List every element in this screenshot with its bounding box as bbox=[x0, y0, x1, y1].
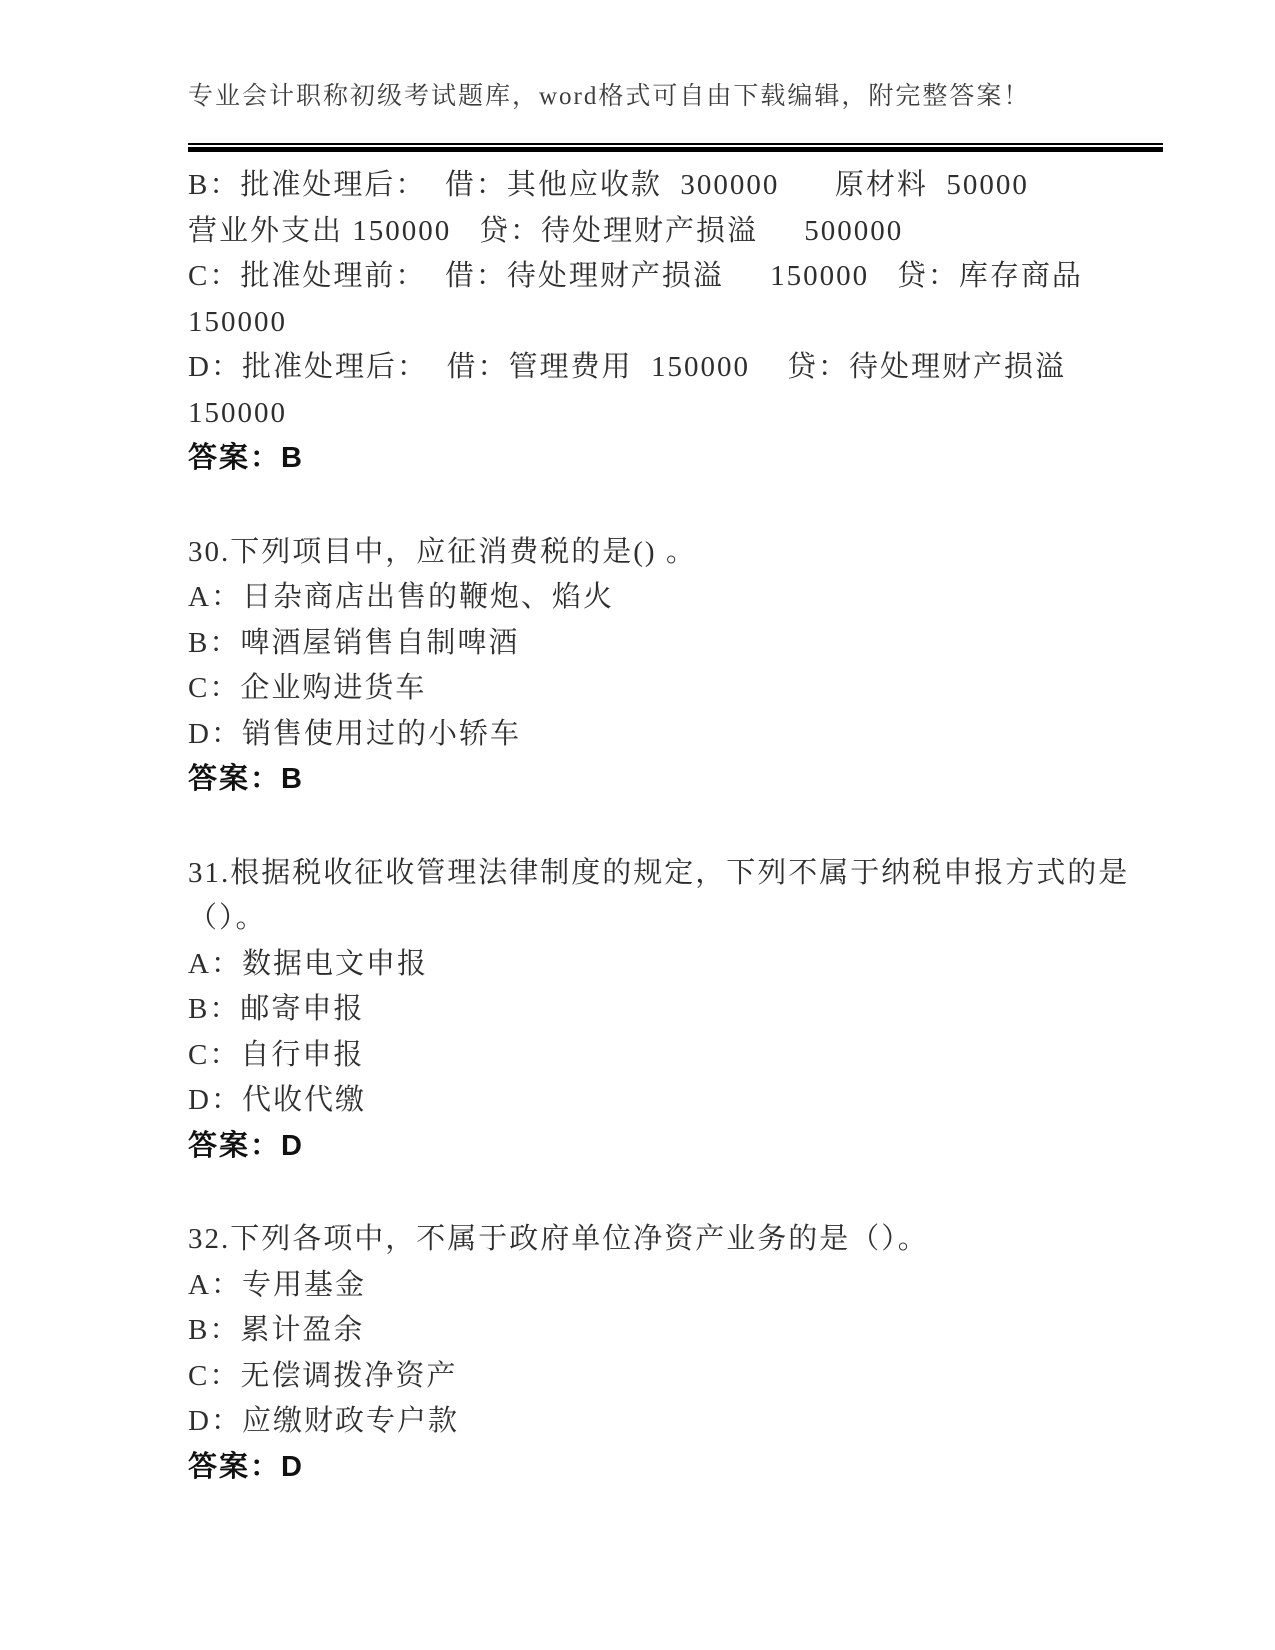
text-line: A：日杂商店出售的鞭炮、焰火 bbox=[188, 575, 1178, 621]
question-31: 31.根据税收征收管理法律制度的规定，下列不属于纳税申报方式的是（）。A：数据电… bbox=[188, 851, 1178, 1170]
document-page: 专业会计职称初级考试题库，word格式可自由下载编辑，附完整答案！ B：批准处理… bbox=[0, 0, 1275, 1650]
text-line: C：无偿调拨净资产 bbox=[188, 1354, 1178, 1400]
text-line: A：专用基金 bbox=[188, 1263, 1178, 1309]
document-body: B：批准处理后： 借：其他应收款 300000 原材料 50000营业外支出 1… bbox=[188, 163, 1178, 1490]
text-line: D：批准处理后： 借：管理费用 150000 贷：待处理财产损溢 bbox=[188, 345, 1178, 391]
text-line: C：批准处理前： 借：待处理财产损溢 150000 贷：库存商品 bbox=[188, 254, 1178, 300]
text-line: B：邮寄申报 bbox=[188, 987, 1178, 1033]
answer-line: 答案：B bbox=[188, 757, 1178, 803]
answer-line: 答案：B bbox=[188, 436, 1178, 482]
question-30: 30.下列项目中，应征消费税的是() 。A：日杂商店出售的鞭炮、焰火B：啤酒屋销… bbox=[188, 530, 1178, 803]
text-line: 32.下列各项中，不属于政府单位净资产业务的是（）。 bbox=[188, 1217, 1178, 1263]
text-line: B：啤酒屋销售自制啤酒 bbox=[188, 621, 1178, 667]
question-29-options: B：批准处理后： 借：其他应收款 300000 原材料 50000营业外支出 1… bbox=[188, 163, 1178, 482]
text-line: （）。 bbox=[188, 896, 1178, 942]
answer-line: 答案：D bbox=[188, 1124, 1178, 1170]
answer-line: 答案：D bbox=[188, 1445, 1178, 1491]
text-line: D：代收代缴 bbox=[188, 1078, 1178, 1124]
text-line: 31.根据税收征收管理法律制度的规定，下列不属于纳税申报方式的是 bbox=[188, 851, 1178, 897]
text-line: C：企业购进货车 bbox=[188, 666, 1178, 712]
header-divider-rule bbox=[188, 143, 1163, 152]
text-line: B：批准处理后： 借：其他应收款 300000 原材料 50000 bbox=[188, 163, 1178, 209]
text-line: D：应缴财政专户款 bbox=[188, 1399, 1178, 1445]
text-line: B：累计盈余 bbox=[188, 1308, 1178, 1354]
page-header-title: 专业会计职称初级考试题库，word格式可自由下载编辑，附完整答案！ bbox=[188, 76, 1178, 112]
text-line: 30.下列项目中，应征消费税的是() 。 bbox=[188, 530, 1178, 576]
text-line: 营业外支出 150000 贷：待处理财产损溢 500000 bbox=[188, 209, 1178, 255]
text-line: C：自行申报 bbox=[188, 1033, 1178, 1079]
question-32: 32.下列各项中，不属于政府单位净资产业务的是（）。A：专用基金B：累计盈余C：… bbox=[188, 1217, 1178, 1490]
text-line: 150000 bbox=[188, 391, 1178, 437]
text-line: A：数据电文申报 bbox=[188, 942, 1178, 988]
text-line: D：销售使用过的小轿车 bbox=[188, 712, 1178, 758]
text-line: 150000 bbox=[188, 300, 1178, 346]
